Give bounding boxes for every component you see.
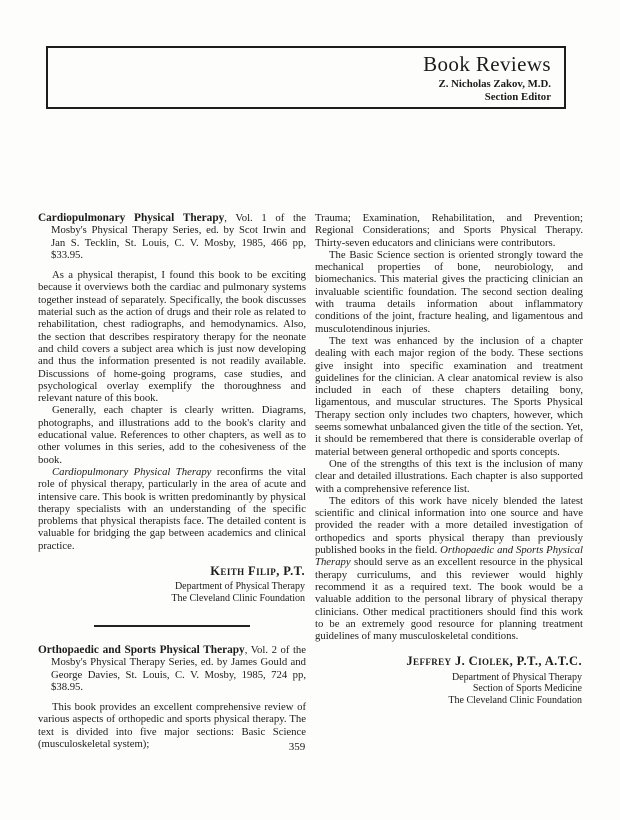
book-title-inline: Cardiopulmonary Physical Therapy — [52, 466, 211, 478]
column-right: Trauma; Examination, Rehabilitation, and… — [315, 212, 583, 750]
review-paragraph: The Basic Science section is oriented st… — [315, 249, 583, 335]
review-paragraph: Cardiopulmonary Physical Therapy reconfi… — [38, 466, 306, 552]
book-reviews-header-box: Book Reviews Z. Nicholas Zakov, M.D. Sec… — [46, 46, 566, 109]
reviewer-affiliation: The Cleveland Clinic Foundation — [38, 593, 305, 605]
column-left: Cardiopulmonary Physical Therapy, Vol. 1… — [38, 212, 306, 750]
reviewer-name: Keith Filip, P.T. — [38, 565, 305, 577]
page-body: Cardiopulmonary Physical Therapy, Vol. 1… — [38, 212, 583, 750]
reviewer-affiliation: The Cleveland Clinic Foundation — [315, 695, 582, 707]
reviewer-name: Jeffrey J. Ciolek, P.T., A.T.C. — [315, 655, 582, 667]
reviewer-signature: Keith Filip, P.T.Department of Physical … — [38, 565, 305, 605]
review-paragraph: The text was enhanced by the inclusion o… — [315, 335, 583, 458]
journal-page: Book Reviews Z. Nicholas Zakov, M.D. Sec… — [0, 0, 620, 820]
reviewer-signature: Jeffrey J. Ciolek, P.T., A.T.C.Departmen… — [315, 655, 582, 707]
review-paragraph: Trauma; Examination, Rehabilitation, and… — [315, 212, 583, 249]
reviewer-affiliation: Department of Physical Therapy — [38, 581, 305, 593]
section-editor-name: Z. Nicholas Zakov, M.D. — [48, 78, 551, 91]
reviewer-affiliation: Department of Physical Therapy — [315, 672, 582, 684]
book-title: Orthopaedic and Sports Physical Therapy — [38, 644, 245, 656]
review-paragraph: One of the strengths of this text is the… — [315, 458, 583, 495]
book-title: Cardiopulmonary Physical Therapy — [38, 212, 224, 224]
book-title-inline: Orthopaedic and Sports Physical Therapy — [315, 544, 583, 568]
book-citation: Cardiopulmonary Physical Therapy, Vol. 1… — [38, 212, 306, 261]
section-divider — [94, 625, 250, 627]
review-paragraph: Generally, each chapter is clearly writt… — [38, 404, 306, 465]
book-citation: Orthopaedic and Sports Physical Therapy,… — [38, 644, 306, 693]
section-editor-role: Section Editor — [48, 91, 551, 104]
reviewer-affiliation: Section of Sports Medicine — [315, 683, 582, 695]
page-number: 359 — [257, 741, 337, 753]
section-title: Book Reviews — [48, 53, 551, 76]
review-paragraph: The editors of this work have nicely ble… — [315, 495, 583, 643]
review-paragraph: As a physical therapist, I found this bo… — [38, 269, 306, 404]
